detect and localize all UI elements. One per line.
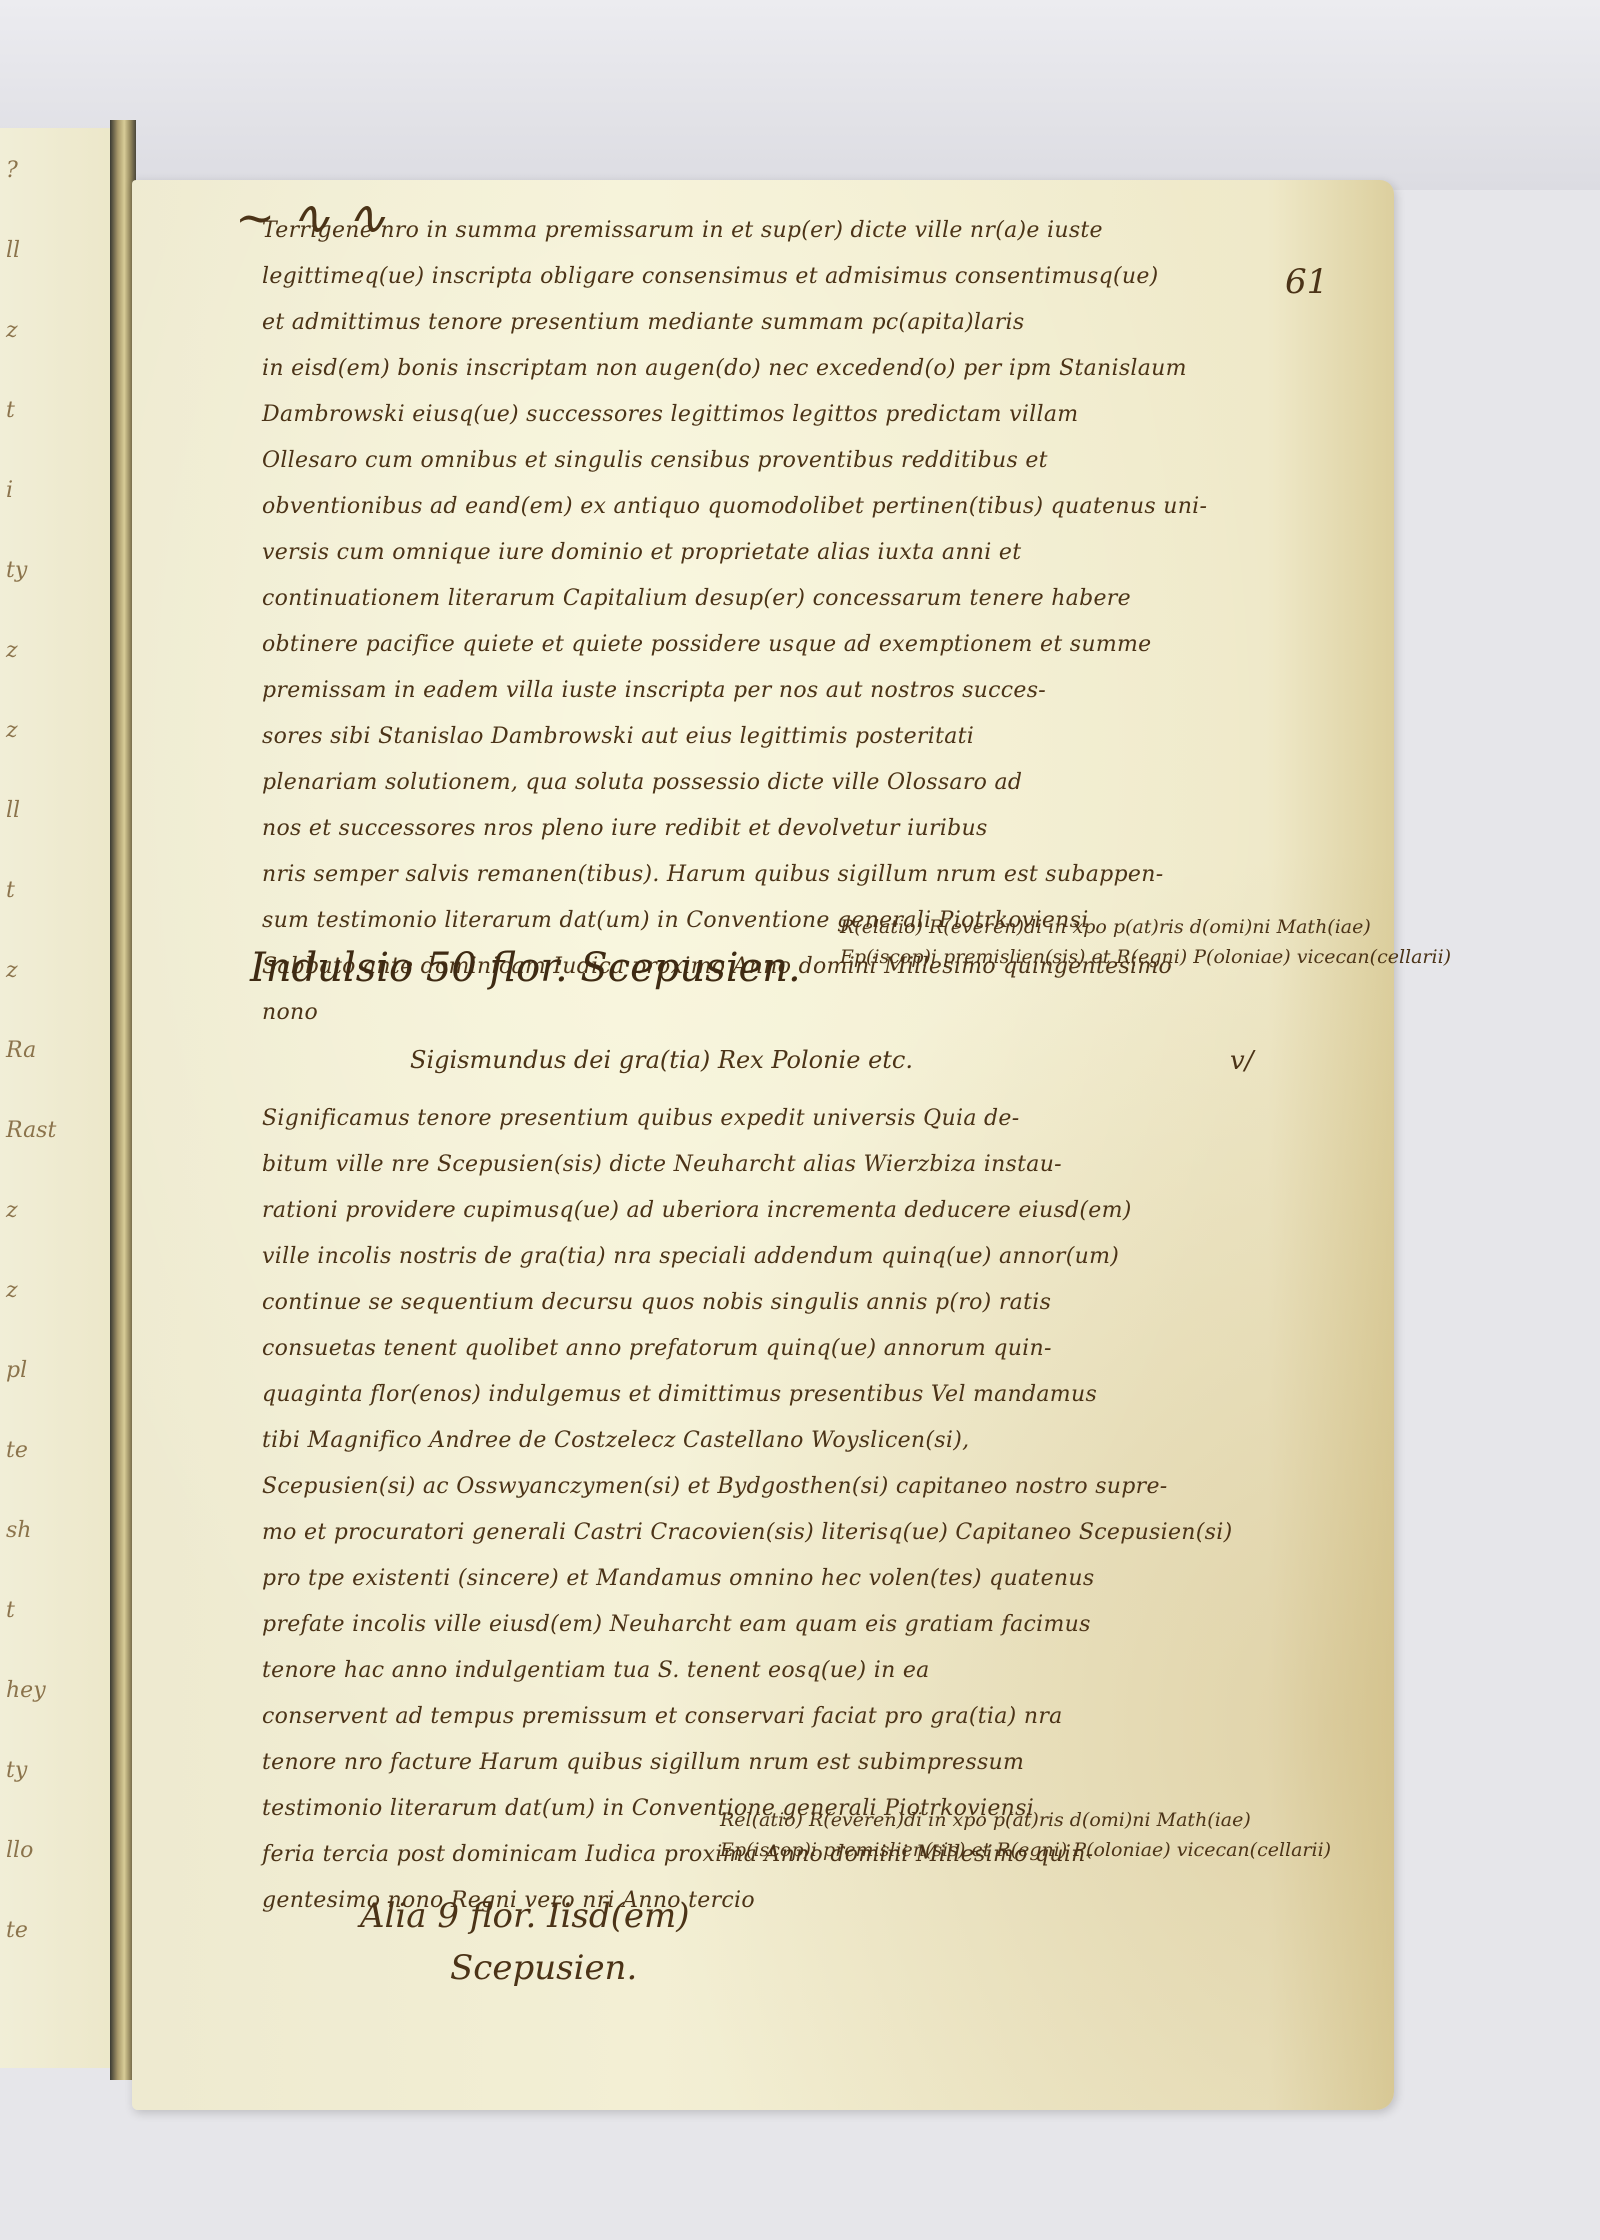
manuscript-line: Significamus tenore presentium quibus ex… <box>262 1096 1262 1142</box>
relatio-2-line-1: Rel(atio) R(everen)di in xpo p(at)ris d(… <box>720 1805 1331 1835</box>
folio-number: 61 <box>1285 262 1328 302</box>
verso-margin-fragment: z <box>6 718 18 743</box>
manuscript-line: ville incolis nostris de gra(tia) nra sp… <box>262 1234 1262 1280</box>
verso-margin-fragment: te <box>6 1918 28 1943</box>
verso-margin-fragment: ty <box>6 558 27 583</box>
relatio-note-1: R(elatio) R(everen)di in xpo p(at)ris d(… <box>840 912 1451 972</box>
manuscript-line: versis cum omnique iure dominio et propr… <box>262 530 1262 576</box>
verso-margin-fragment: ll <box>6 798 20 823</box>
verso-margin-fragment: z <box>6 638 18 663</box>
relatio-1-line-1: R(elatio) R(everen)di in xpo p(at)ris d(… <box>840 912 1451 942</box>
manuscript-line: mo et procuratori generali Castri Cracov… <box>262 1510 1262 1556</box>
verso-margin-fragment: llo <box>6 1838 33 1863</box>
manuscript-line: pro tpe existenti (sincere) et Mandamus … <box>262 1556 1262 1602</box>
manuscript-line: plenariam solutionem, qua soluta possess… <box>262 760 1262 806</box>
verso-margin-fragment: t <box>6 398 15 423</box>
rubric-alia-line-1: Alia 9 flor. Iisd(em) <box>360 1890 690 1942</box>
manuscript-line: Terrigene nro in summa premissarum in et… <box>262 208 1262 254</box>
verso-margin-fragment: te <box>6 1438 28 1463</box>
verso-margin-fragment: Rast <box>6 1118 56 1143</box>
royal-intitulatio: Sigismundus dei gra(tia) Rex Polonie etc… <box>410 1046 913 1074</box>
rubric-indulsio-heading: Indulsio 50 flor. Scepusien. <box>250 945 801 991</box>
verso-margin-fragment: t <box>6 1598 15 1623</box>
scan-backdrop <box>0 0 1600 190</box>
verso-margin-fragment: i <box>6 478 13 503</box>
manuscript-line: obventionibus ad eand(em) ex antiquo quo… <box>262 484 1262 530</box>
manuscript-line: conservent ad tempus premissum et conser… <box>262 1694 1262 1740</box>
relatio-note-2: Rel(atio) R(everen)di in xpo p(at)ris d(… <box>720 1805 1331 1865</box>
relatio-1-line-2: Ep(iscop)i premislien(sis) et R(egni) P(… <box>840 942 1451 972</box>
manuscript-line: Ollesaro cum omnibus et singulis censibu… <box>262 438 1262 484</box>
manuscript-line: prefate incolis ville eiusd(em) Neuharch… <box>262 1602 1262 1648</box>
verso-margin-fragment: Ra <box>6 1038 36 1063</box>
verso-margin-fragment: t <box>6 878 15 903</box>
verso-margin-fragment: ty <box>6 1758 27 1783</box>
manuscript-line: et admittimus tenore presentium mediante… <box>262 300 1262 346</box>
manuscript-line: Scepusien(si) ac Osswyanczymen(si) et By… <box>262 1464 1262 1510</box>
manuscript-line: sores sibi Stanislao Dambrowski aut eius… <box>262 714 1262 760</box>
manuscript-line: obtinere pacifice quiete et quiete possi… <box>262 622 1262 668</box>
manuscript-line: legittimeq(ue) inscripta obligare consen… <box>262 254 1262 300</box>
manuscript-line: nono <box>262 990 1262 1036</box>
verso-margin-fragment: pl <box>6 1358 27 1383</box>
verso-margin-fragment: hey <box>6 1678 46 1703</box>
relatio-2-line-2: Ep(iscop)i premislien(sis) et R(egni) P(… <box>720 1835 1331 1865</box>
manuscript-line: rationi providere cupimusq(ue) ad uberio… <box>262 1188 1262 1234</box>
manuscript-line: quaginta flor(enos) indulgemus et dimitt… <box>262 1372 1262 1418</box>
manuscript-line: tenore hac anno indulgentiam tua S. tene… <box>262 1648 1262 1694</box>
manuscript-line: tenore nro facture Harum quibus sigillum… <box>262 1740 1262 1786</box>
rubric-alia-line-2: Scepusien. <box>360 1942 690 1994</box>
manuscript-line: consuetas tenent quolibet anno prefatoru… <box>262 1326 1262 1372</box>
margin-check-mark: v/ <box>1230 1046 1253 1076</box>
verso-margin-fragment: z <box>6 1198 18 1223</box>
facing-verso-page-edge: ?llztityzzlltzRaRastzzplteshtheytyllote <box>0 128 120 2068</box>
manuscript-line: nris semper salvis remanen(tibus). Harum… <box>262 852 1262 898</box>
verso-margin-fragment: z <box>6 958 18 983</box>
manuscript-line: bitum ville nre Scepusien(sis) dicte Neu… <box>262 1142 1262 1188</box>
manuscript-line: nos et successores nros pleno iure redib… <box>262 806 1262 852</box>
manuscript-line: Dambrowski eiusq(ue) successores legitti… <box>262 392 1262 438</box>
verso-margin-fragment: z <box>6 1278 18 1303</box>
verso-margin-fragment: ll <box>6 238 20 263</box>
verso-margin-fragment: sh <box>6 1518 31 1543</box>
rubric-alia-heading: Alia 9 flor. Iisd(em) Scepusien. <box>360 1890 690 1994</box>
manuscript-line: continue se sequentium decursu quos nobi… <box>262 1280 1262 1326</box>
verso-margin-fragment: z <box>6 318 18 343</box>
text-block-2: Significamus tenore presentium quibus ex… <box>262 1096 1262 1924</box>
manuscript-line: continuationem literarum Capitalium desu… <box>262 576 1262 622</box>
manuscript-line: tibi Magnifico Andree de Costzelecz Cast… <box>262 1418 1262 1464</box>
verso-margin-fragment: ? <box>6 158 18 183</box>
manuscript-line: in eisd(em) bonis inscriptam non augen(d… <box>262 346 1262 392</box>
manuscript-line: premissam in eadem villa iuste inscripta… <box>262 668 1262 714</box>
